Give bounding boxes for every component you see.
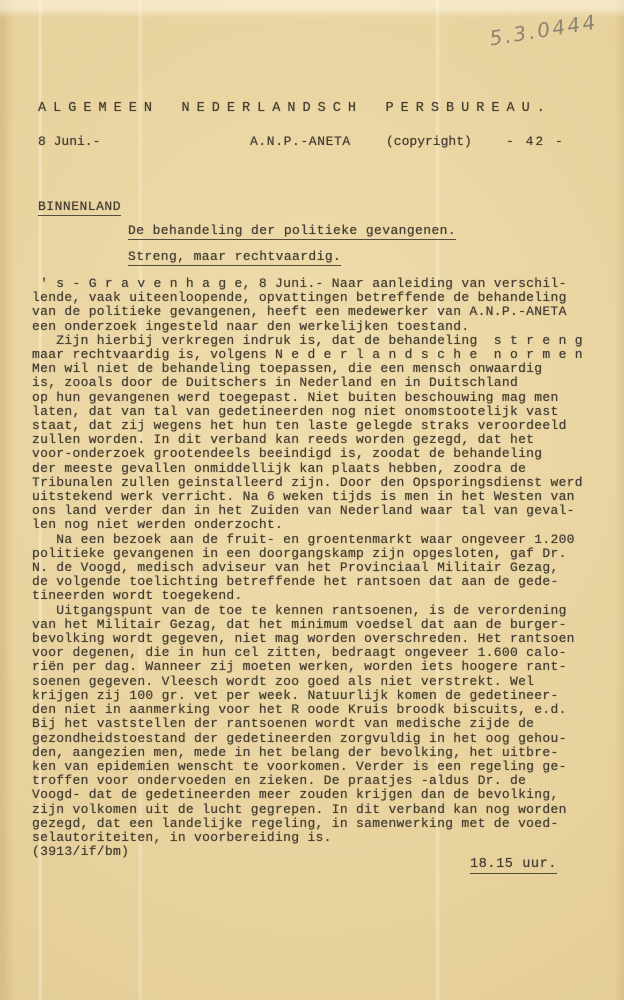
body-line: ' s - G r a v e n h a g e, 8 Juni.- Naar…: [32, 277, 602, 291]
body-line: zijn volkomen uit de lucht gegrepen. In …: [32, 803, 602, 817]
body-line: den, aangezien men, mede in het belang d…: [32, 746, 602, 760]
body-line: troffen voor ondervoeden en zieken. De p…: [32, 774, 602, 788]
body-line: laten, dat van tal van gedetineerden nog…: [32, 405, 602, 419]
article-headline: De behandeling der politieke gevangenen.: [128, 223, 456, 240]
body-line: voor-onderzoek grootendeels beeindigd is…: [32, 447, 602, 461]
body-line: Men wil niet de behandeling toepassen, d…: [32, 362, 602, 376]
issue-number: - 42 -: [506, 134, 565, 149]
body-line: Voogd- dat de gedetineerden meer zouden …: [32, 788, 602, 802]
body-line: Na een bezoek aan de fruit- en groentenm…: [32, 533, 602, 547]
article-subheadline: Streng, maar rechtvaardig.: [128, 249, 341, 266]
body-line: N. de Voogd, medisch adviseur van het Pr…: [32, 561, 602, 575]
body-line: ons land verder dan in het Zuiden van Ne…: [32, 504, 602, 518]
agency-name: ALGEMEEN NEDERLANDSCH PERSBUREAU.: [38, 101, 552, 116]
body-line: van de politieke gevangenen, heeft een m…: [32, 305, 602, 319]
body-line: selautoriteiten, in voorbereiding is.: [32, 831, 602, 845]
body-line: riën per dag. Wanneer zij moeten werken,…: [32, 660, 602, 674]
scanned-press-bulletin-page: 5.3.0444 ALGEMEEN NEDERLANDSCH PERSBUREA…: [0, 0, 624, 1000]
body-line: lende, vaak uiteenloopende, opvattingen …: [32, 291, 602, 305]
agency-credit: A.N.P.-ANETA: [250, 134, 351, 149]
body-line: van het Militair Gezag, dat het minimum …: [32, 618, 602, 632]
body-line: uitstekend werk verricht. Na 6 weken tij…: [32, 490, 602, 504]
body-line: zullen worden. In dit verband kan reeds …: [32, 433, 602, 447]
body-line: den niet in aanmerking voor het R oode K…: [32, 703, 602, 717]
document-body: ' s - G r a v e n h a g e, 8 Juni.- Naar…: [32, 277, 602, 859]
body-line: gezondheidstoestand der gedetineerden zo…: [32, 732, 602, 746]
body-line: der meeste gevallen onmiddellijk kan pla…: [32, 462, 602, 476]
body-line: tineerden wordt toegekend.: [32, 589, 602, 603]
body-line: maar rechtvaardig is, volgens N e d e r …: [32, 348, 602, 362]
body-line: Tribunalen zullen geinstalleerd zijn. Do…: [32, 476, 602, 490]
body-line: de volgende toelichting betreffende het …: [32, 575, 602, 589]
body-line: voor degenen, die in hun cel zitten, bed…: [32, 646, 602, 660]
copyright-notice: (copyright): [386, 134, 472, 149]
masthead-meta-row: 8 Juni.- A.N.P.-ANETA (copyright) - 42 -: [38, 134, 588, 150]
body-line: gezegd, dat een landelijke regeling, in …: [32, 817, 602, 831]
body-line: len nog niet werden onderzocht.: [32, 518, 602, 532]
section-heading: BINNENLAND: [38, 199, 121, 216]
body-line: Uitgangspunt van de toe te kennen rantso…: [32, 604, 602, 618]
body-line: op hun gevangenen werd toegepast. Niet b…: [32, 391, 602, 405]
body-line: is, zooals door de Duitschers in Nederla…: [32, 376, 602, 390]
body-line: bevolking wordt gegeven, niet mag worden…: [32, 632, 602, 646]
body-line: soenen gegeven. Vleesch wordt zoo goed a…: [32, 675, 602, 689]
handwritten-archive-number: 5.3.0444: [488, 10, 599, 51]
body-line: Zijn hierbij verkregen indruk is, dat de…: [32, 334, 602, 348]
body-line: ken van epidemien wenscht te voorkomen. …: [32, 760, 602, 774]
time-stamp: 18.15 uur.: [470, 857, 557, 874]
body-line: een onderzoek ingesteld naar den werkeli…: [32, 320, 602, 334]
date-line: 8 Juni.-: [38, 134, 100, 149]
body-line: staat, dat zij wegens het hun ten laste …: [32, 419, 602, 433]
body-line: Bij het vaststellen der rantsoenen wordt…: [32, 717, 602, 731]
body-line: krijgen zij 100 gr. vet per week. Natuur…: [32, 689, 602, 703]
body-line: politieke gevangenen in een doorgangskam…: [32, 547, 602, 561]
